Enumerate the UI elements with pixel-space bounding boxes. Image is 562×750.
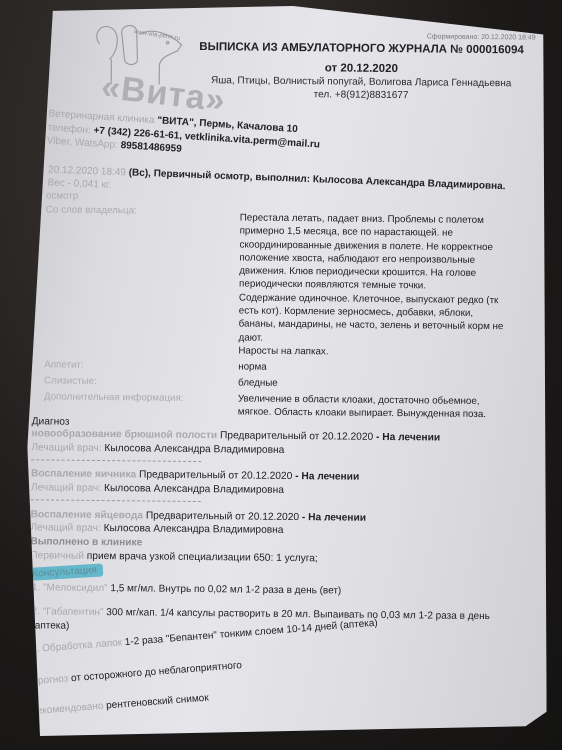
diagnosis-status: - На лечении bbox=[376, 432, 440, 444]
prescription-item: 1. "Мелоксидил" 1,5 мг/мл. Внутрь по 0,0… bbox=[32, 581, 342, 597]
clinic-logo: www.vita-perm.ru «Вита» bbox=[81, 14, 192, 115]
prescription-label: 1. "Мелоксидил" bbox=[32, 582, 108, 594]
clinic-messenger-label: Viber, WatsApp: bbox=[46, 135, 118, 150]
prescription-text: 1,5 мг/мл. Внутрь по 0,02 мл 1-2 раза в … bbox=[110, 583, 341, 596]
prescription-text: 300 мг/кап. 1/4 капсулы растворить в 20 … bbox=[106, 607, 490, 622]
diagnosis-name: Воспаление яйцевода bbox=[31, 509, 143, 521]
doctor-label: Лечащий врач: bbox=[30, 522, 100, 534]
performed-service: Первичный прием врача узкой специализаци… bbox=[30, 549, 318, 565]
exam-extra-line: мягкое. Область клоаки выпирает. Вынужде… bbox=[238, 406, 528, 422]
exam-owner-label: Со слов владельца: bbox=[46, 203, 137, 217]
performed-title: Выполнено в клинике bbox=[30, 536, 142, 548]
recommendation: Рекомендовано рентгеновский снимок bbox=[30, 692, 209, 719]
doctor-name: Кылосова Александра Владимировна bbox=[104, 523, 284, 536]
clinic-messenger: 89581486959 bbox=[120, 140, 182, 155]
prescription-label: 2. "Габапентин" bbox=[32, 606, 104, 618]
exam-appetite-label: Аппетит: bbox=[44, 358, 84, 372]
diagnosis-type: Предварительный от 20.12.2020 bbox=[146, 510, 299, 523]
exam-owner-line: Наросты на лапках. bbox=[238, 344, 528, 360]
divider bbox=[31, 499, 201, 502]
visit-info: 20.12.2020 18:49 (Вс), Первичный осмотр,… bbox=[47, 163, 505, 206]
clinic-info: Ветеринарная клиника "ВИТА", Пермь, Кача… bbox=[46, 107, 321, 165]
prognosis-text: от осторожного до неблагоприятного bbox=[71, 660, 243, 684]
diagnosis-name: Воспаление яичника bbox=[31, 468, 136, 480]
performed-section-title: Выполнено в клинике bbox=[30, 535, 142, 549]
diagnosis-doctor: Лечащий врач: Кылосова Александра Владим… bbox=[31, 481, 284, 497]
diagnosis-status: - На лечении bbox=[295, 471, 359, 483]
consultation-highlight: Консультация bbox=[30, 564, 104, 581]
owner-phone: тел. +8(912)8831677 bbox=[181, 88, 541, 103]
recommend-label: Рекомендовано bbox=[30, 701, 104, 718]
diagnosis-doctor: Лечащий врач: Кылосова Александра Владим… bbox=[31, 441, 284, 457]
doctor-label: Лечащий врач: bbox=[31, 482, 101, 494]
prescription-note: (аптека) bbox=[31, 619, 69, 632]
exam-mucosa-value: бледные bbox=[238, 376, 528, 392]
generated-timestamp: Сформировано: 20.12.2020 18:49 bbox=[427, 33, 536, 41]
prescription-text: 1-2 раза "Бепантен" тонким слоем 10-14 д… bbox=[124, 618, 378, 648]
clinic-phone-label: телефон: bbox=[47, 122, 91, 136]
doctor-name: Кылосова Александра Владимировна bbox=[104, 443, 284, 456]
prognosis: Прогноз от осторожного до неблагоприятно… bbox=[30, 659, 242, 688]
service-label: Первичный bbox=[30, 550, 84, 562]
consultation-section-title: Консультация bbox=[30, 565, 103, 579]
document-title: ВЫПИСКА ИЗ АМБУЛАТОРНОГО ЖУРНАЛА № 00001… bbox=[182, 41, 542, 57]
diagnosis-type: Предварительный от 20.12.2020 bbox=[220, 430, 373, 443]
recommend-text: рентгеновский снимок bbox=[106, 693, 209, 712]
diagnosis-type: Предварительный от 20.12.2020 bbox=[139, 469, 292, 482]
document-sheet: www.vita-perm.ru «Вита» Сформировано: 20… bbox=[24, 3, 554, 748]
diagnosis-doctor: Лечащий врач: Кылосова Александра Владим… bbox=[30, 521, 283, 537]
exam-owner-value: Перестала летать, падает вниз. Проблемы … bbox=[238, 211, 530, 360]
diagnosis-status: - На лечении bbox=[302, 512, 366, 524]
document-date: от 20.12.2020 bbox=[181, 61, 541, 77]
exam-appetite-value: норма bbox=[238, 360, 528, 376]
doctor-name: Кылосова Александра Владимировна bbox=[104, 483, 284, 496]
patient-info: Яша, Птицы, Волнистый попугай, Волигова … bbox=[181, 75, 541, 90]
exam-extra-value: Увеличение в области клоаки, достаточно … bbox=[238, 392, 528, 422]
prognosis-label: Прогноз bbox=[30, 673, 68, 687]
exam-section-title: осмотр bbox=[46, 189, 78, 203]
prescription-item: 2. "Габапентин" 300 мг/кап. 1/4 капсулы … bbox=[32, 605, 490, 623]
prescription-item: 3. Обработка лапок 1-2 раза "Бепантен" т… bbox=[31, 617, 378, 657]
doctor-label: Лечащий врач: bbox=[31, 442, 101, 454]
prescription-label: 3. Обработка лапок bbox=[31, 637, 123, 655]
exam-extra-label: Дополнительная информация: bbox=[44, 390, 184, 405]
divider bbox=[31, 459, 201, 462]
service-value: прием врача узкой специализации 650: 1 у… bbox=[87, 551, 318, 564]
diagnosis-name: новообразование брюшной полости bbox=[31, 428, 217, 441]
exam-mucosa-label: Слизистые: bbox=[44, 374, 97, 388]
